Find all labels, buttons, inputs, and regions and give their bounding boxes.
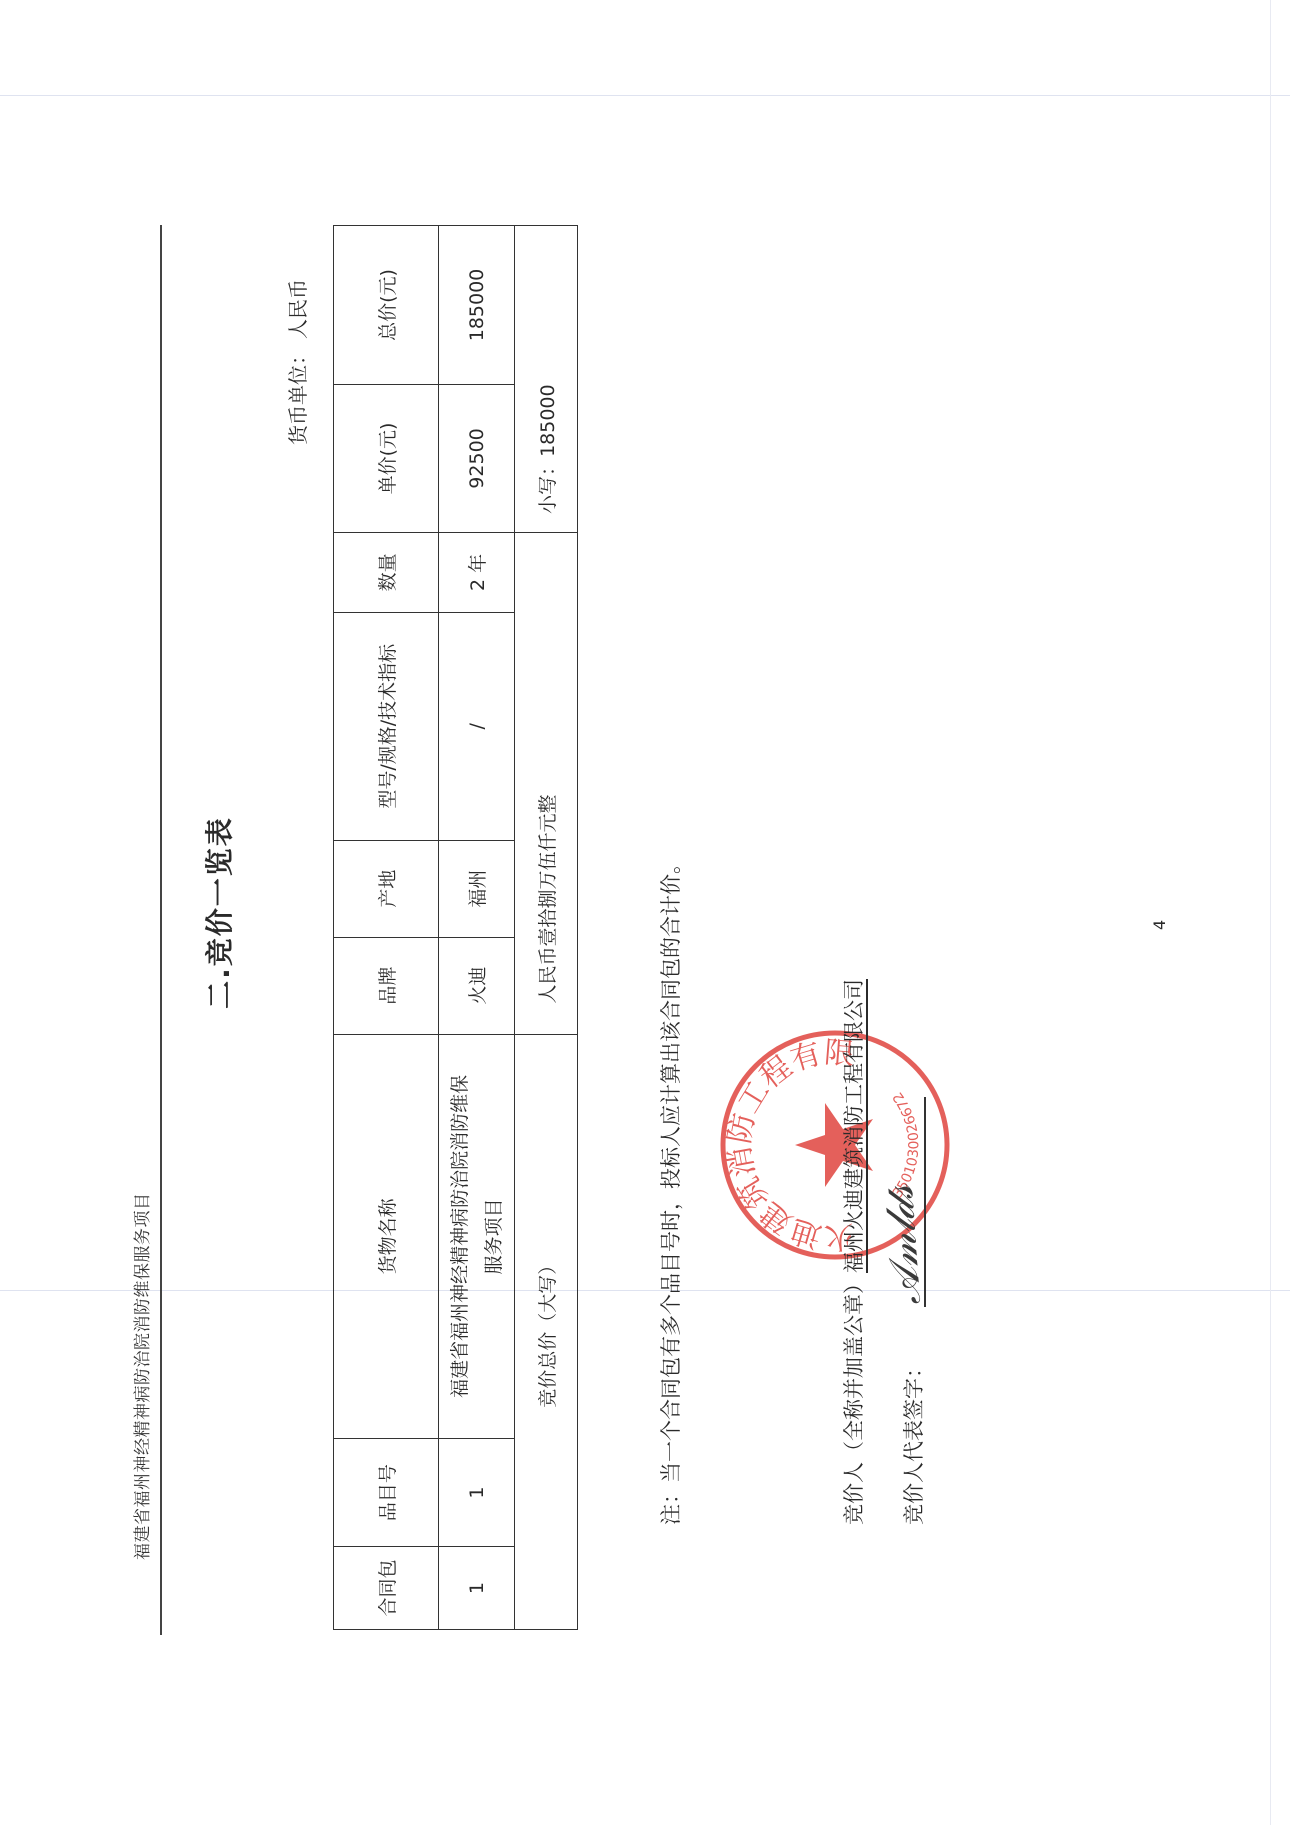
page-number: 4 — [1150, 920, 1169, 930]
page-title: 二.竞价一览表 — [198, 0, 238, 1825]
document-header: 福建省福州神经精神病防治院消防维保服务项目 — [128, 1193, 153, 1561]
total-label: 竞价总价（大写） — [515, 1034, 578, 1629]
table-header-row: 合同包 品目号 货物名称 品牌 产地 型号/规格/技术指标 数量 单价(元) 总… — [334, 226, 439, 1630]
header-origin: 产地 — [334, 840, 439, 937]
cell-total-price: 185000 — [439, 226, 515, 385]
bidder-company-name: 福州火迪建筑消防工程有限公司 — [842, 979, 866, 1273]
cell-unit-price: 92500 — [439, 385, 515, 533]
currency-value: 人民币 — [286, 279, 310, 339]
total-uppercase-amount: 人民币壹拾捌万伍仟元整 — [515, 532, 578, 1034]
representative-label: 竞价人代表签字： — [898, 1357, 928, 1525]
cell-quantity: 2 年 — [439, 532, 515, 612]
quote-table: 合同包 品目号 货物名称 品牌 产地 型号/规格/技术指标 数量 单价(元) 总… — [333, 225, 578, 1630]
currency-unit: 货币单位：人民币 — [282, 279, 311, 445]
table-note: 注：当一个合同包有多个品目号时，投标人应计算出该合同包的合计价。 — [655, 853, 685, 1525]
table-row: 1 1 福建省福州神经精神病防治院消防维保 服务项目 火迪 福州 / 2 年 9… — [439, 226, 515, 1630]
header-item-no: 品目号 — [334, 1439, 439, 1547]
cell-origin: 福州 — [439, 840, 515, 937]
header-total-price: 总价(元) — [334, 226, 439, 385]
currency-label: 货币单位： — [286, 345, 310, 445]
cell-brand: 火迪 — [439, 937, 515, 1034]
cell-spec: / — [439, 612, 515, 840]
table-total-row: 竞价总价（大写） 人民币壹拾捌万伍仟元整 小写：185000 — [515, 226, 578, 1630]
header-goods-name: 货物名称 — [334, 1034, 439, 1439]
cell-contract-package: 1 — [439, 1547, 515, 1630]
total-lowercase-amount: 小写：185000 — [515, 226, 578, 533]
header-unit-price: 单价(元) — [334, 385, 439, 533]
goods-name-line1: 福建省福州神经精神病防治院消防维保 — [443, 1041, 477, 1433]
header-rule — [160, 225, 162, 1635]
header-contract-package: 合同包 — [334, 1547, 439, 1630]
header-quantity: 数量 — [334, 532, 439, 612]
cell-item-no: 1 — [439, 1439, 515, 1547]
header-spec: 型号/规格/技术指标 — [334, 612, 439, 840]
bidder-label: 竞价人（全称并加盖公章） — [842, 1273, 866, 1525]
cell-goods-name: 福建省福州神经精神病防治院消防维保 服务项目 — [439, 1034, 515, 1439]
rotated-document-page: 福建省福州神经精神病防治院消防维保服务项目 二.竞价一览表 货币单位：人民币 合… — [0, 0, 1290, 1825]
handwritten-signature: 𝒜𝓂𝓁𝒹𝓈 — [876, 1184, 930, 1307]
header-brand: 品牌 — [334, 937, 439, 1034]
bidder-line: 竞价人（全称并加盖公章）福州火迪建筑消防工程有限公司 — [838, 979, 868, 1525]
goods-name-line2: 服务项目 — [477, 1041, 511, 1433]
